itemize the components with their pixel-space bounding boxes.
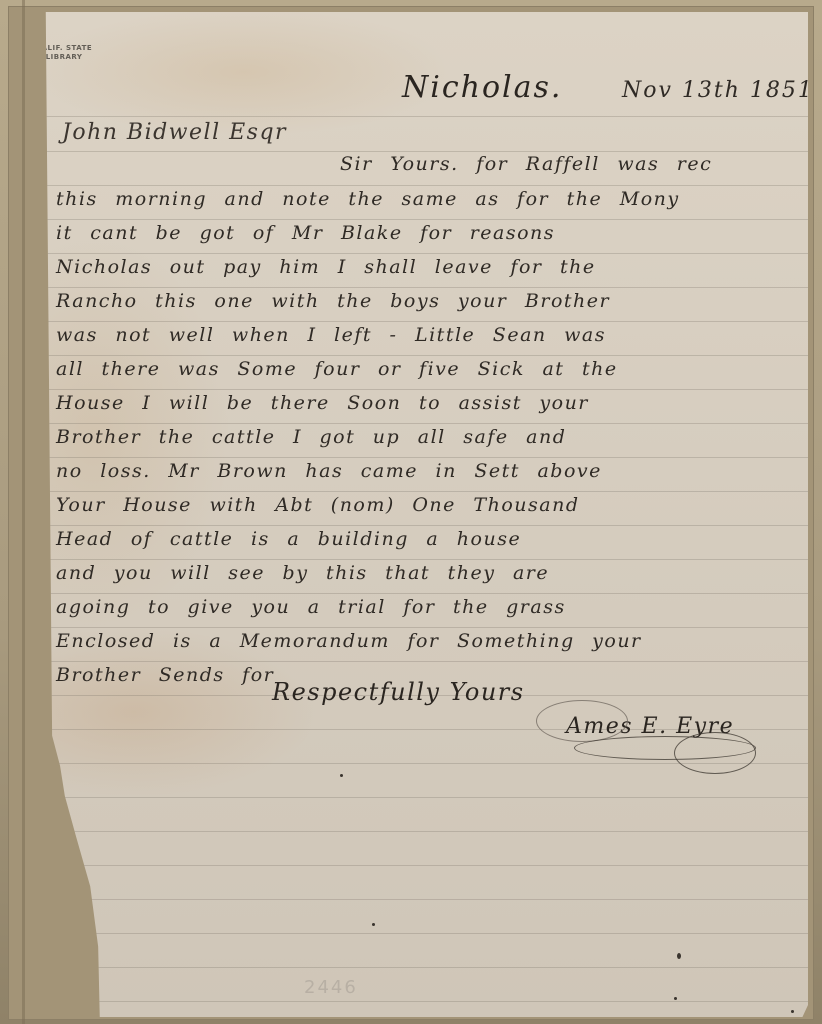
body-line: and you will see by this that they are: [56, 562, 549, 584]
ruled-line: [14, 661, 808, 662]
body-line: agoing to give you a trial for the grass: [56, 596, 566, 618]
ruled-line: [14, 287, 808, 288]
ink-speck: [674, 997, 677, 1000]
ink-speck: [340, 774, 343, 777]
body-line: this morning and note the same as for th…: [56, 188, 680, 210]
ruled-line: [14, 355, 808, 356]
body-line: House I will be there Soon to assist you…: [56, 392, 589, 414]
body-line: Sir Yours. for Raffell was rec: [340, 153, 712, 175]
letter-page: CALIF. STATE LIBRARY Nicholas. Nov 13th …: [14, 12, 808, 1017]
body-line: Head of cattle is a building a house: [56, 528, 521, 550]
ruled-line: [14, 933, 808, 934]
ruled-line: [14, 423, 808, 424]
body-line: Your House with Abt (nom) One Thousand: [56, 494, 580, 516]
body-line: Brother the cattle I got up all safe and: [56, 426, 566, 448]
ruled-line: [14, 525, 808, 526]
ruled-line: [14, 1001, 808, 1002]
ink-speck: [372, 923, 375, 926]
body-line: Rancho this one with the boys your Broth…: [56, 290, 610, 312]
ruled-line: [14, 627, 808, 628]
ruled-line: [14, 151, 808, 152]
ruled-line: [14, 559, 808, 560]
ruled-line: [14, 797, 808, 798]
letter-closing: Respectfully Yours: [272, 678, 525, 706]
ink-speck: [791, 1010, 794, 1013]
ruled-line: [14, 967, 808, 968]
ruled-line: [14, 457, 808, 458]
ruled-line: [14, 389, 808, 390]
ink-speck: [677, 953, 681, 959]
body-line: it cant be got of Mr Blake for reasons: [56, 222, 555, 244]
ruled-line: [14, 219, 808, 220]
body-line: all there was Some four or five Sick at …: [56, 358, 618, 380]
body-line: Nicholas out pay him I shall leave for t…: [56, 256, 596, 278]
signature-flourish: [536, 700, 628, 742]
letter-place: Nicholas.: [402, 70, 562, 105]
ruled-line: [14, 491, 808, 492]
body-line: Brother Sends for: [56, 664, 274, 686]
ruled-line: [14, 116, 808, 117]
mount-edge-line: [22, 0, 25, 1024]
pencil-accession-number: 2446: [304, 977, 358, 998]
letter-salutation: John Bidwell Esqr: [62, 120, 287, 145]
ruled-line: [14, 865, 808, 866]
ruled-line: [14, 253, 808, 254]
body-line: Enclosed is a Memorandum for Something y…: [56, 630, 642, 652]
ruled-line: [14, 185, 808, 186]
ruled-line: [14, 899, 808, 900]
letter-date: Nov 13th 1851: [622, 78, 808, 103]
body-line: was not well when I left - Little Sean w…: [56, 324, 606, 346]
ruled-line: [14, 321, 808, 322]
ruled-line: [14, 831, 808, 832]
signature-loop-flourish: [674, 732, 756, 774]
body-line: no loss. Mr Brown has came in Sett above: [56, 460, 602, 482]
ruled-line: [14, 593, 808, 594]
